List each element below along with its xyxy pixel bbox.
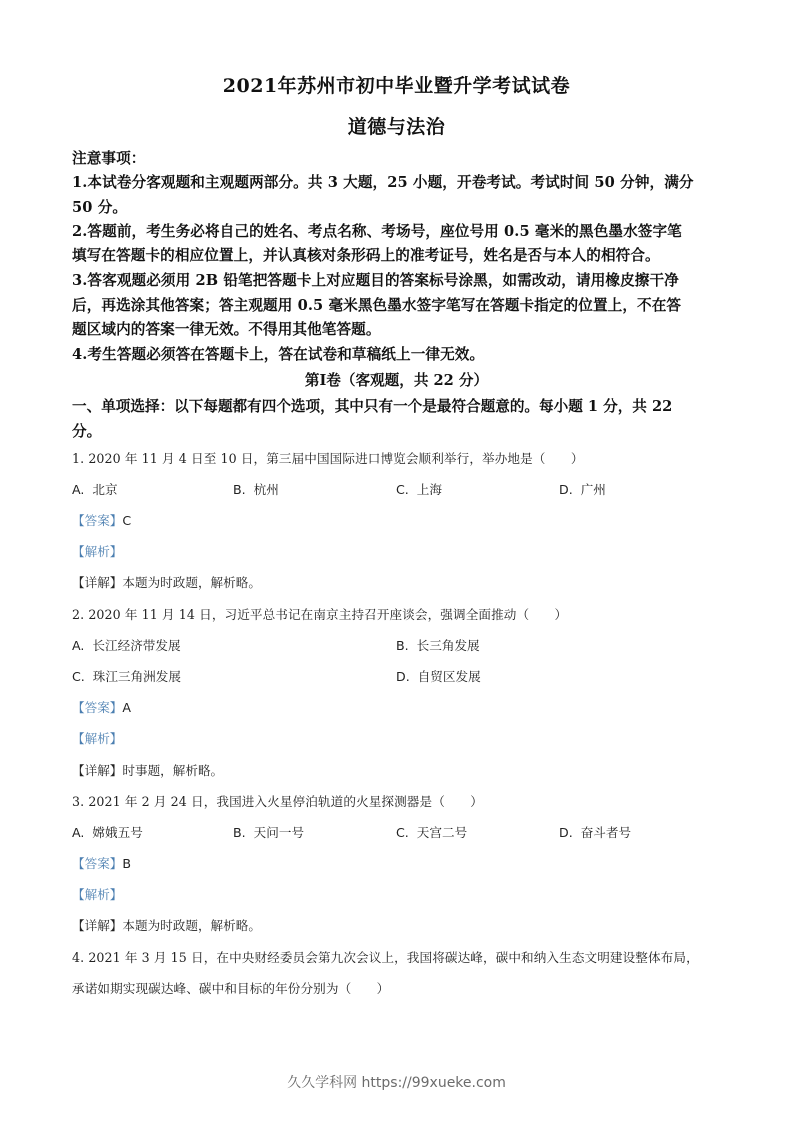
question-1-option-c: C.上海	[396, 479, 442, 498]
option-text: 自贸区发展	[418, 669, 481, 684]
exam-title: 2021年苏州市初中毕业暨升学考试试卷	[0, 71, 793, 98]
option-letter: B.	[396, 638, 409, 653]
answer-label: 【答案】	[72, 513, 122, 528]
section-instruction-cont: 分。	[72, 420, 101, 441]
option-letter: A.	[72, 638, 84, 653]
option-letter: C.	[396, 825, 409, 840]
answer-value: C	[122, 513, 131, 528]
question-3-detail: 【详解】本题为时政题，解析略。	[72, 915, 261, 934]
detail-text: 本题为时政题，解析略。	[122, 918, 261, 933]
detail-label: 【详解】	[72, 575, 122, 590]
question-1-option-b: B.杭州	[233, 479, 279, 498]
detail-text: 本题为时政题，解析略。	[122, 575, 261, 590]
option-letter: B.	[233, 482, 246, 497]
footer-watermark: 久久学科网 https://99xueke.com	[0, 1072, 793, 1092]
note-line: 1.本试卷分客观题和主观题两部分。共 3 大题，25 小题，开卷考试。考试时间 …	[72, 171, 694, 192]
question-3-option-a: A.嫦娥五号	[72, 822, 143, 841]
option-text: 奋斗者号	[581, 825, 631, 840]
note-line: 题区域内的答案一律无效。不得用其他笔答题。	[72, 318, 381, 339]
section-heading: 第Ⅰ卷（客观题，共 22 分）	[0, 369, 793, 390]
detail-label: 【详解】	[72, 763, 122, 778]
detail-label: 【详解】	[72, 918, 122, 933]
subject-title: 道德与法治	[0, 112, 793, 139]
option-text: 珠江三角洲发展	[93, 669, 181, 684]
question-3-option-b: B.天问一号	[233, 822, 304, 841]
question-2-answer: 【答案】A	[72, 697, 131, 716]
question-2-option-c: C.珠江三角洲发展	[72, 666, 181, 685]
question-2-option-d: D.自贸区发展	[396, 666, 481, 685]
question-1-stem: 1. 2020 年 11 月 4 日至 10 日，第三届中国国际进口博览会顺利举…	[72, 448, 584, 467]
question-2-option-a: A.长江经济带发展	[72, 635, 181, 654]
option-text: 广州	[581, 482, 606, 497]
option-text: 天问一号	[254, 825, 304, 840]
notes-heading: 注意事项：	[72, 147, 145, 168]
question-4-stem-cont: 承诺如期实现碳达峰、碳中和目标的年份分别为（ ）	[72, 978, 389, 997]
answer-label: 【答案】	[72, 700, 122, 715]
section-instruction: 一、单项选择：以下每题都有四个选项，其中只有一个是最符合题意的。每小题 1 分，…	[72, 395, 672, 416]
analysis-label: 【解析】	[72, 887, 122, 902]
option-letter: C.	[72, 669, 85, 684]
question-2-detail: 【详解】时事题，解析略。	[72, 760, 223, 779]
question-1-detail: 【详解】本题为时政题，解析略。	[72, 572, 261, 591]
option-text: 天宫二号	[417, 825, 467, 840]
option-letter: A.	[72, 482, 84, 497]
question-1-analysis: 【解析】	[72, 541, 122, 560]
note-line: 后，再选涂其他答案；答主观题用 0.5 毫米黑色墨水签字笔写在答题卡指定的位置上…	[72, 294, 681, 315]
question-3-answer: 【答案】B	[72, 853, 131, 872]
question-2-option-b: B.长三角发展	[396, 635, 480, 654]
option-text: 上海	[417, 482, 442, 497]
question-3-option-d: D.奋斗者号	[559, 822, 631, 841]
analysis-label: 【解析】	[72, 544, 122, 559]
question-1-option-d: D.广州	[559, 479, 606, 498]
question-1-answer: 【答案】C	[72, 510, 131, 529]
question-4-stem: 4. 2021 年 3 月 15 日，在中央财经委员会第九次会议上，我国将碳达峰…	[72, 947, 699, 966]
note-line: 4.考生答题必须答在答题卡上，答在试卷和草稿纸上一律无效。	[72, 343, 484, 364]
option-letter: B.	[233, 825, 246, 840]
option-letter: D.	[559, 825, 573, 840]
question-2-analysis: 【解析】	[72, 728, 122, 747]
option-letter: D.	[559, 482, 573, 497]
question-1-option-a: A.北京	[72, 479, 118, 498]
note-line: 3.答客观题必须用 2B 铅笔把答题卡上对应题目的答案标号涂黑，如需改动，请用橡…	[72, 269, 679, 290]
detail-text: 时事题，解析略。	[122, 763, 223, 778]
answer-label: 【答案】	[72, 856, 122, 871]
option-text: 杭州	[254, 482, 279, 497]
option-text: 长江经济带发展	[92, 638, 180, 653]
option-letter: C.	[396, 482, 409, 497]
option-text: 北京	[92, 482, 117, 497]
analysis-label: 【解析】	[72, 731, 122, 746]
option-text: 长三角发展	[417, 638, 480, 653]
note-line: 50 分。	[72, 196, 127, 217]
exam-page: 2021年苏州市初中毕业暨升学考试试卷 道德与法治 注意事项： 1.本试卷分客观…	[0, 0, 793, 1122]
question-2-stem: 2. 2020 年 11 月 14 日，习近平总书记在南京主持召开座谈会，强调全…	[72, 604, 567, 623]
question-3-stem: 3. 2021 年 2 月 24 日，我国进入火星停泊轨道的火星探测器是（ ）	[72, 791, 483, 810]
answer-value: A	[122, 700, 131, 715]
option-letter: D.	[396, 669, 410, 684]
note-line: 2.答题前，考生务必将自己的姓名、考点名称、考场号，座位号用 0.5 毫米的黑色…	[72, 220, 682, 241]
option-letter: A.	[72, 825, 84, 840]
option-text: 嫦娥五号	[92, 825, 142, 840]
answer-value: B	[122, 856, 131, 871]
note-line: 填写在答题卡的相应位置上，并认真核对条形码上的准考证号，姓名是否与本人的相符合。	[72, 244, 660, 265]
question-3-option-c: C.天宫二号	[396, 822, 467, 841]
question-3-analysis: 【解析】	[72, 884, 122, 903]
